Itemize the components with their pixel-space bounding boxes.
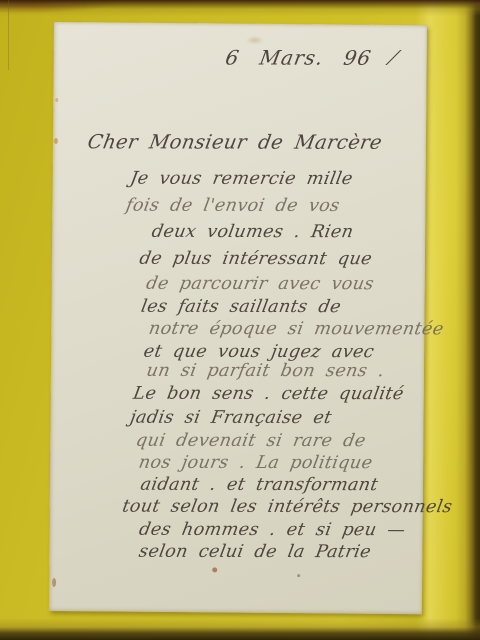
handwriting-line-1: Je vous remercie mille	[129, 169, 355, 189]
ink-speck	[297, 574, 300, 577]
handwriting-line-13: nos jours . La politique	[137, 453, 374, 473]
handwriting-line-6: les faits saillants de	[139, 297, 342, 317]
handwriting-line-3: deux volumes . Rien	[150, 222, 355, 242]
letter-date: 6 Mars. 96 ⁄	[224, 46, 399, 70]
foxing-spot	[212, 567, 217, 572]
handwriting-line-7: notre époque si mouvementée	[147, 319, 445, 339]
handwriting-line-14: aidant . et transformant	[139, 475, 380, 495]
handwriting-line-8: et que vous jugez avec	[142, 342, 376, 362]
handwriting-line-17: selon celui de la Patrie	[137, 542, 372, 562]
letter-paper: 6 Mars. 96 ⁄ Cher Monsieur de Marcère Je…	[49, 22, 427, 614]
handwriting-line-2: fois de l'envoi de vos	[124, 196, 341, 216]
handwriting-line-5: de parcourir avec vous	[145, 274, 376, 294]
handwriting-line-10: Le bon sens . cette qualité	[132, 384, 406, 404]
photograph-of-letter: 6 Mars. 96 ⁄ Cher Monsieur de Marcère Je…	[0, 0, 480, 640]
mat-crease	[8, 0, 9, 70]
handwriting-line-12: qui devenait si rare de	[134, 431, 367, 451]
deckle-edge-spot	[52, 578, 56, 587]
handwriting-line-4: de plus intéressant que	[138, 249, 374, 269]
handwriting-line-15: tout selon les intérêts personnels	[121, 497, 454, 518]
letter-salutation: Cher Monsieur de Marcère	[86, 130, 384, 153]
handwriting-line-11: jadis si Française et	[128, 408, 333, 428]
deckle-edge-spot	[55, 98, 58, 102]
handwriting-line-16: des hommes . et si peu —	[137, 520, 407, 540]
foxing-stain	[246, 36, 264, 45]
deckle-edge-spot	[54, 138, 58, 144]
handwriting-line-9: un si parfait bon sens .	[145, 361, 386, 381]
